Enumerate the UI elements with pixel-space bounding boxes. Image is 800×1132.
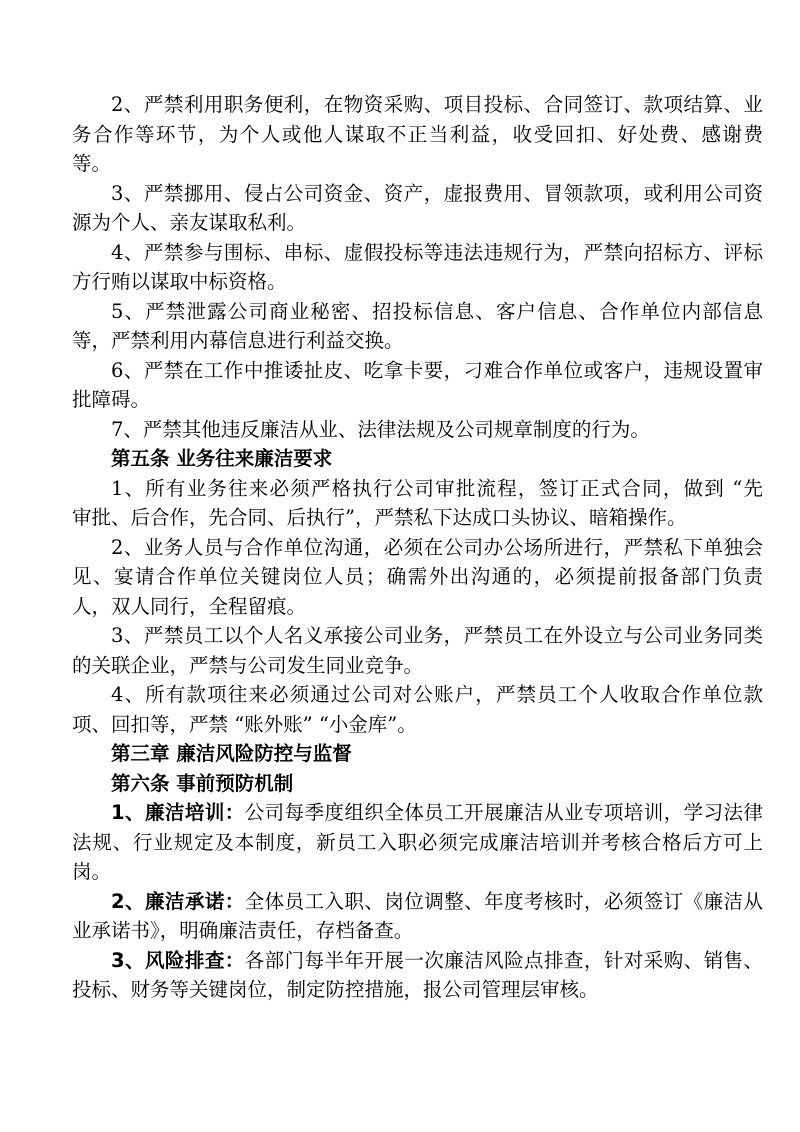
text-run: 3、严禁挪用、侵占公司资金、资产，虚报费用、冒领款项，或利用公司资 — [111, 182, 763, 205]
text-run: 4、严禁参与围标、串标、虚假投标等违法违规行为，严禁向招标方、评标 — [111, 241, 763, 264]
text-run: 人，双人同行，全程留痕。 — [72, 595, 306, 618]
text-run: 各部门每半年开展一次廉洁风险点排查，针对采购、销售、 — [245, 949, 763, 972]
text-line: 方行贿以谋取中标资格。 — [72, 267, 763, 297]
text-run: 岗。 — [72, 860, 111, 883]
heading-line: 第三章 廉洁风险防控与监督 — [72, 739, 763, 769]
paragraph: 2、廉洁承诺：全体员工入职、岗位调整、年度考核时，必须签订《廉洁从 业承诺书》，… — [72, 887, 763, 946]
text-run: 审批、后合作，先合同、后执行”，严禁私下达成口头协议、暗箱操作。 — [72, 506, 686, 529]
text-line: 投标、财务等关键岗位，制定防控措施，报公司管理层审核。 — [72, 975, 763, 1005]
text-line: 7、严禁其他违反廉洁从业、法律法规及公司规章制度的行为。 — [72, 415, 763, 445]
chapter-heading: 第三章 廉洁风险防控与监督 — [72, 739, 763, 769]
paragraph: 3、严禁挪用、侵占公司资金、资产，虚报费用、冒领款项，或利用公司资 源为个人、亲… — [72, 179, 763, 238]
text-line: 6、严禁在工作中推诿扯皮、吃拿卡要，刁难合作单位或客户，违规设置审 — [72, 356, 763, 386]
text-line: 务合作等环节，为个人或他人谋取不正当利益，收受回扣、好处费、感谢费 — [72, 120, 763, 150]
paragraph: 7、严禁其他违反廉洁从业、法律法规及公司规章制度的行为。 — [72, 415, 763, 445]
text-line: 1、廉洁培训：公司每季度组织全体员工开展廉洁从业专项培训，学习法律 — [72, 798, 763, 828]
text-run: 等，严禁利用内幕信息进行利益交换。 — [72, 329, 404, 352]
heading-text: 第三章 廉洁风险防控与监督 — [111, 742, 352, 765]
bold-run: 3、风险排查： — [111, 949, 245, 972]
text-line: 2、严禁利用职务便利，在物资采购、项目投标、合同签订、款项结算、业 — [72, 90, 763, 120]
text-run: 公司每季度组织全体员工开展廉洁从业专项培训，学习法律 — [245, 801, 763, 824]
paragraph: 6、严禁在工作中推诿扯皮、吃拿卡要，刁难合作单位或客户，违规设置审 批障碍。 — [72, 356, 763, 415]
text-line: 等，严禁利用内幕信息进行利益交换。 — [72, 326, 763, 356]
text-line: 3、严禁员工以个人名义承接公司业务，严禁员工在外设立与公司业务同类 — [72, 621, 763, 651]
text-run: 7、严禁其他违反廉洁从业、法律法规及公司规章制度的行为。 — [111, 418, 650, 441]
text-line: 3、严禁挪用、侵占公司资金、资产，虚报费用、冒领款项，或利用公司资 — [72, 179, 763, 209]
text-run: 5、严禁泄露公司商业秘密、招投标信息、客户信息、合作单位内部信息 — [111, 300, 763, 323]
section-heading: 第六条 事前预防机制 — [72, 769, 763, 799]
heading-line: 第五条 业务往来廉洁要求 — [72, 444, 763, 474]
text-line: 3、风险排查：各部门每半年开展一次廉洁风险点排查，针对采购、销售、 — [72, 946, 763, 976]
bold-run: 1、廉洁培训： — [111, 801, 245, 824]
text-line: 批障碍。 — [72, 385, 763, 415]
text-line: 4、严禁参与围标、串标、虚假投标等违法违规行为，严禁向招标方、评标 — [72, 238, 763, 268]
text-line: 审批、后合作，先合同、后执行”，严禁私下达成口头协议、暗箱操作。 — [72, 503, 763, 533]
paragraph: 4、严禁参与围标、串标、虚假投标等违法违规行为，严禁向招标方、评标 方行贿以谋取… — [72, 238, 763, 297]
text-line: 法规、行业规定及本制度，新员工入职必须完成廉洁培训并考核合格后方可上 — [72, 828, 763, 858]
text-line: 2、廉洁承诺：全体员工入职、岗位调整、年度考核时，必须签订《廉洁从 — [72, 887, 763, 917]
paragraph: 3、严禁员工以个人名义承接公司业务，严禁员工在外设立与公司业务同类 的关联企业，… — [72, 621, 763, 680]
section-heading: 第五条 业务往来廉洁要求 — [72, 444, 763, 474]
bold-run: 2、廉洁承诺： — [111, 890, 245, 913]
text-run: 等。 — [72, 152, 111, 175]
heading-line: 第六条 事前预防机制 — [72, 769, 763, 799]
text-line: 岗。 — [72, 857, 763, 887]
paragraph: 1、廉洁培训：公司每季度组织全体员工开展廉洁从业专项培训，学习法律 法规、行业规… — [72, 798, 763, 887]
text-run: 见、宴请合作单位关键岗位人员；确需外出沟通的，必须提前报备部门负责 — [72, 565, 763, 588]
paragraph: 2、业务人员与合作单位沟通，必须在公司办公场所进行，严禁私下单独会 见、宴请合作… — [72, 533, 763, 622]
text-line: 人，双人同行，全程留痕。 — [72, 592, 763, 622]
text-line: 的关联企业，严禁与公司发生同业竞争。 — [72, 651, 763, 681]
paragraph: 2、严禁利用职务便利，在物资采购、项目投标、合同签订、款项结算、业 务合作等环节… — [72, 90, 763, 179]
text-run: 的关联企业，严禁与公司发生同业竞争。 — [72, 654, 423, 677]
text-run: 务合作等环节，为个人或他人谋取不正当利益，收受回扣、好处费、感谢费 — [72, 123, 763, 146]
text-run: 源为个人、亲友谋取私利。 — [72, 211, 306, 234]
paragraph: 5、严禁泄露公司商业秘密、招投标信息、客户信息、合作单位内部信息 等，严禁利用内… — [72, 297, 763, 356]
text-line: 源为个人、亲友谋取私利。 — [72, 208, 763, 238]
document-content: 2、严禁利用职务便利，在物资采购、项目投标、合同签订、款项结算、业 务合作等环节… — [72, 90, 763, 1005]
text-run: 项、回扣等，严禁 “账外账” “小金库”。 — [72, 713, 417, 736]
paragraph: 1、所有业务往来必须严格执行公司审批流程，签订正式合同，做到 “先 审批、后合作… — [72, 474, 763, 533]
text-run: 批障碍。 — [72, 388, 150, 411]
heading-text: 第六条 事前预防机制 — [111, 772, 293, 795]
text-run: 1、所有业务往来必须严格执行公司审批流程，签订正式合同，做到 “先 — [111, 477, 763, 500]
text-line: 1、所有业务往来必须严格执行公司审批流程，签订正式合同，做到 “先 — [72, 474, 763, 504]
text-line: 项、回扣等，严禁 “账外账” “小金库”。 — [72, 710, 763, 740]
heading-text: 第五条 业务往来廉洁要求 — [111, 447, 332, 470]
text-run: 法规、行业规定及本制度，新员工入职必须完成廉洁培训并考核合格后方可上 — [72, 831, 763, 854]
text-line: 业承诺书》，明确廉洁责任，存档备查。 — [72, 916, 763, 946]
text-run: 全体员工入职、岗位调整、年度考核时，必须签订《廉洁从 — [245, 890, 763, 913]
text-run: 2、严禁利用职务便利，在物资采购、项目投标、合同签订、款项结算、业 — [111, 93, 763, 116]
text-line: 2、业务人员与合作单位沟通，必须在公司办公场所进行，严禁私下单独会 — [72, 533, 763, 563]
text-run: 业承诺书》，明确廉洁责任，存档备查。 — [72, 919, 413, 942]
document-page: 2、严禁利用职务便利，在物资采购、项目投标、合同签订、款项结算、业 务合作等环节… — [0, 0, 800, 1132]
text-run: 投标、财务等关键岗位，制定防控措施，报公司管理层审核。 — [72, 978, 599, 1001]
text-run: 3、严禁员工以个人名义承接公司业务，严禁员工在外设立与公司业务同类 — [111, 624, 763, 647]
text-run: 4、所有款项往来必须通过公司对公账户，严禁员工个人收取合作单位款 — [111, 683, 763, 706]
text-line: 4、所有款项往来必须通过公司对公账户，严禁员工个人收取合作单位款 — [72, 680, 763, 710]
paragraph: 3、风险排查：各部门每半年开展一次廉洁风险点排查，针对采购、销售、 投标、财务等… — [72, 946, 763, 1005]
paragraph: 4、所有款项往来必须通过公司对公账户，严禁员工个人收取合作单位款 项、回扣等，严… — [72, 680, 763, 739]
text-line: 等。 — [72, 149, 763, 179]
text-line: 见、宴请合作单位关键岗位人员；确需外出沟通的，必须提前报备部门负责 — [72, 562, 763, 592]
text-run: 6、严禁在工作中推诿扯皮、吃拿卡要，刁难合作单位或客户，违规设置审 — [111, 359, 763, 382]
text-line: 5、严禁泄露公司商业秘密、招投标信息、客户信息、合作单位内部信息 — [72, 297, 763, 327]
text-run: 方行贿以谋取中标资格。 — [72, 270, 287, 293]
text-run: 2、业务人员与合作单位沟通，必须在公司办公场所进行，严禁私下单独会 — [111, 536, 763, 559]
